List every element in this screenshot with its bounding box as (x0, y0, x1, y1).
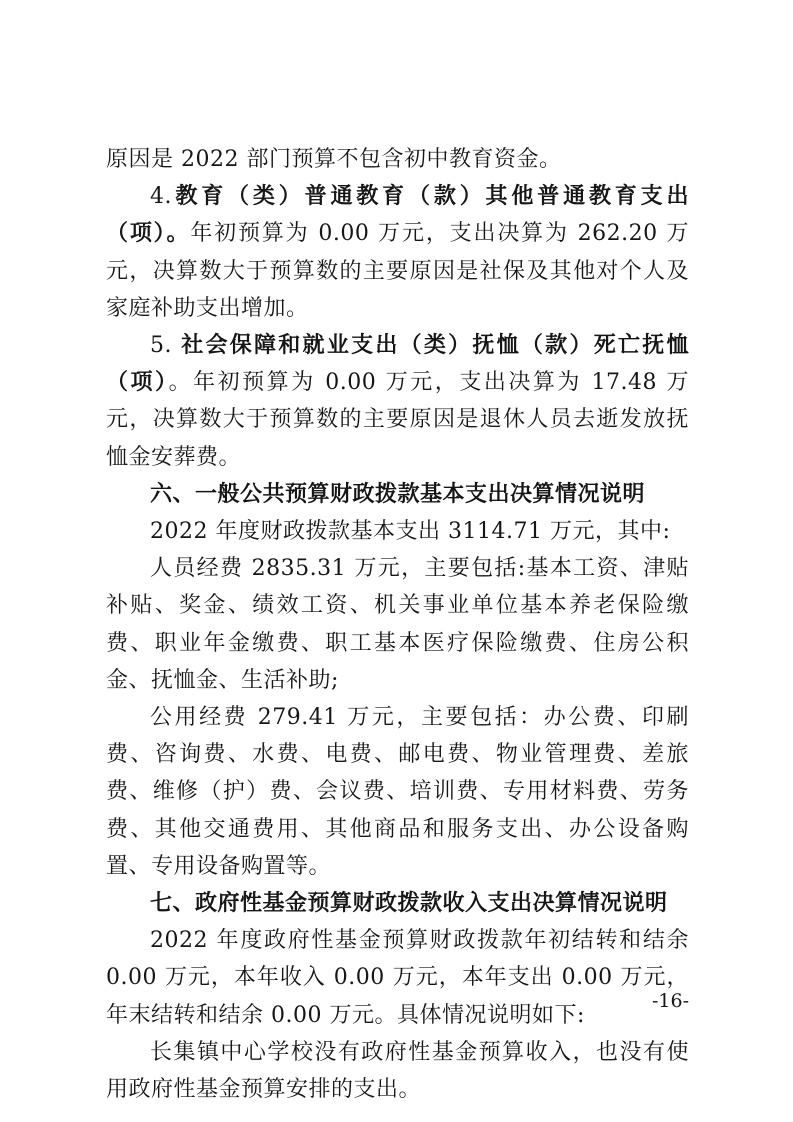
text-run: 。年初预算为 0.00 万元，支出决算为 17.48 万元，决算数大于预算数的主… (106, 370, 689, 469)
heading-text: 七、政府性基金预算财政拨款收入支出决算情况说明 (150, 891, 668, 916)
text-run: 原因是 2022 部门预算不包含初中教育资金。 (106, 147, 561, 172)
paragraph-public-expenses: 公用经费 279.41 万元，主要包括：办公费、印刷费、咨询费、水费、电费、邮电… (106, 699, 689, 885)
text-run: 年初预算为 0.00 万元，支出决算为 262.20 万元，决算数大于预算数的主… (106, 221, 689, 320)
text-run: 5. (150, 333, 181, 358)
page-number: -16- (106, 989, 689, 1013)
paragraph-gov-fund-summary: 2022 年度政府性基金预算财政拨款年初结转和结余 0.00 万元，本年收入 0… (106, 922, 689, 1034)
document-page: 原因是 2022 部门预算不包含初中教育资金。 4.教育（类）普通教育（款）其他… (0, 0, 793, 1122)
heading-section-7: 七、政府性基金预算财政拨款收入支出决算情况说明 (106, 885, 689, 922)
text-run: 4. (150, 184, 172, 209)
paragraph-gov-fund-note: 长集镇中心学校没有政府性基金预算收入，也没有使用政府性基金预算安排的支出。 (106, 1034, 689, 1108)
paragraph-item-5: 5. 社会保障和就业支出（类）抚恤（款）死亡抚恤（项）。年初预算为 0.00 万… (106, 327, 689, 476)
text-run: 公用经费 279.41 万元，主要包括：办公费、印刷费、咨询费、水费、电费、邮电… (106, 705, 689, 879)
paragraph-personnel-expenses: 人员经费 2835.31 万元，主要包括:基本工资、津贴补贴、奖金、绩效工资、机… (106, 550, 689, 699)
paragraph-basic-expenditure-total: 2022 年度财政拨款基本支出 3114.71 万元，其中: (106, 513, 689, 550)
paragraph-item-4: 4.教育（类）普通教育（款）其他普通教育支出（项）。年初预算为 0.00 万元，… (106, 178, 689, 327)
paragraph-continuation: 原因是 2022 部门预算不包含初中教育资金。 (106, 141, 689, 178)
text-run: 2022 年度财政拨款基本支出 3114.71 万元，其中: (150, 519, 670, 544)
text-run: 人员经费 2835.31 万元，主要包括:基本工资、津贴补贴、奖金、绩效工资、机… (106, 556, 689, 693)
heading-text: 六、一般公共预算财政拨款基本支出决算情况说明 (150, 482, 645, 507)
document-body: 原因是 2022 部门预算不包含初中教育资金。 4.教育（类）普通教育（款）其他… (106, 141, 689, 1108)
text-run: 长集镇中心学校没有政府性基金预算收入，也没有使用政府性基金预算安排的支出。 (106, 1040, 689, 1102)
heading-section-6: 六、一般公共预算财政拨款基本支出决算情况说明 (106, 476, 689, 513)
